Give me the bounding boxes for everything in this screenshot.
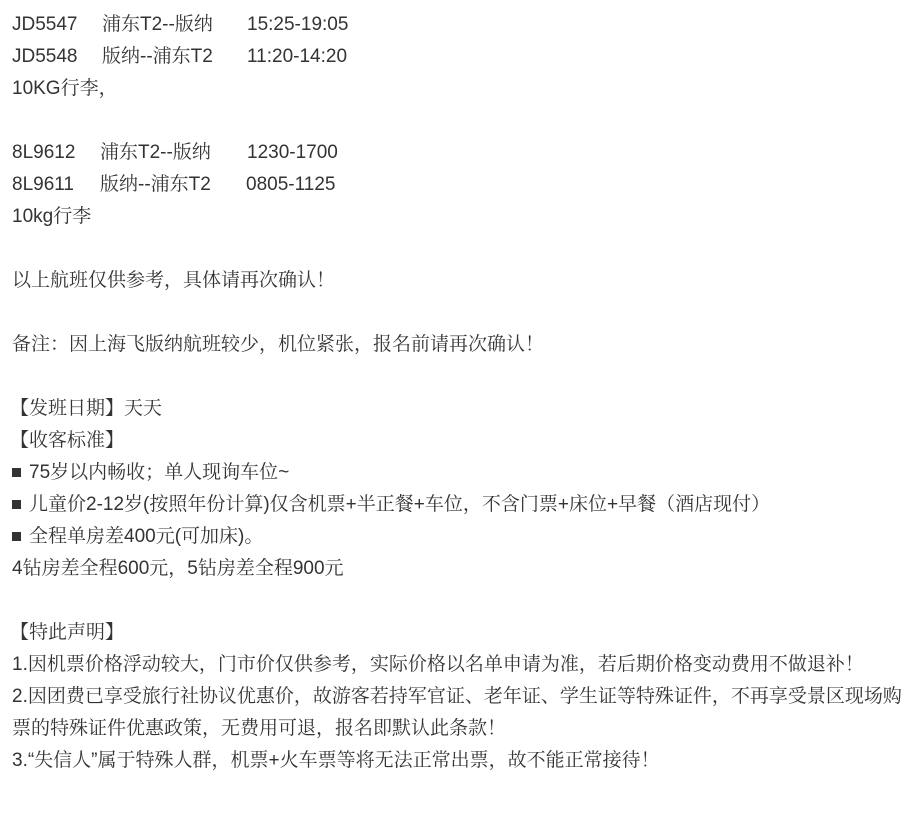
square-bullet-icon: [12, 532, 21, 541]
luggage-allowance: 10kg行李: [12, 201, 912, 233]
list-item: 儿童价2-12岁(按照年份计算)仅含机票+半正餐+车位，不含门票+床位+早餐（酒…: [12, 489, 912, 521]
section-label-guest-standards: 【收客标准】: [10, 425, 912, 457]
flight-route: 浦东T2--版纳: [100, 137, 247, 169]
list-item-text: 儿童价2-12岁(按照年份计算)仅含机票+半正餐+车位，不含门票+床位+早餐（酒…: [29, 494, 770, 515]
spacer: [12, 233, 912, 265]
flight-code: JD5547: [12, 9, 102, 41]
statement-item: 1.因机票价格浮动较大，门市价仅供参考，实际价格以名单申请为准，若后期价格变动费…: [12, 649, 912, 681]
spacer: [12, 361, 912, 393]
square-bullet-icon: [12, 500, 21, 509]
flight-code: JD5548: [12, 41, 102, 73]
flight-note: 以上航班仅供参考，具体请再次确认！: [12, 265, 912, 297]
spacer: [12, 297, 912, 329]
section-label-statement: 【特此声明】: [10, 617, 912, 649]
flight-route: 版纳--浦东T2: [100, 169, 246, 201]
flight-route: 浦东T2--版纳: [102, 9, 247, 41]
flight-code: 8L9611: [12, 169, 100, 201]
flight-code: 8L9612: [12, 137, 100, 169]
list-item-text: 75岁以内畅收；单人现询车位~: [29, 462, 289, 483]
departure-value: 天天: [124, 398, 162, 419]
flight-row: 8L9611 版纳--浦东T2 0805-1125: [12, 169, 912, 201]
flight-row: 8L9612 浦东T2--版纳 1230-1700: [12, 137, 912, 169]
flight-row: JD5548 版纳--浦东T2 11:20-14:20: [12, 41, 912, 73]
departure-schedule: 【发班日期】天天: [10, 393, 912, 425]
spacer: [12, 105, 912, 137]
flight-route: 版纳--浦东T2: [102, 41, 247, 73]
flight-time: 0805-1125: [246, 169, 335, 201]
list-item: 全程单房差400元(可加床)。: [12, 521, 912, 553]
section-label: 【发班日期】: [10, 398, 124, 419]
luggage-allowance: 10KG行李，: [12, 73, 912, 105]
statement-item: 2.因团费已享受旅行社协议优惠价，故游客若持军官证、老年证、学生证等特殊证件，不…: [12, 681, 912, 745]
flight-time: 15:25-19:05: [247, 9, 348, 41]
list-item-text: 全程单房差400元(可加床)。: [29, 526, 263, 547]
flight-row: JD5547 浦东T2--版纳 15:25-19:05: [12, 9, 912, 41]
remark: 备注：因上海飞版纳航班较少，机位紧张，报名前请再次确认！: [12, 329, 912, 361]
square-bullet-icon: [12, 468, 21, 477]
itinerary-document: JD5547 浦东T2--版纳 15:25-19:05 JD5548 版纳--浦…: [0, 0, 912, 777]
flight-time: 11:20-14:20: [247, 41, 347, 73]
list-item: 75岁以内畅收；单人现询车位~: [12, 457, 912, 489]
flight-time: 1230-1700: [247, 137, 338, 169]
statement-item: 3.“失信人”属于特殊人群，机票+火车票等将无法正常出票，故不能正常接待！: [12, 745, 912, 777]
room-surcharge-note: 4钻房差全程600元，5钻房差全程900元: [12, 553, 912, 585]
spacer: [12, 585, 912, 617]
